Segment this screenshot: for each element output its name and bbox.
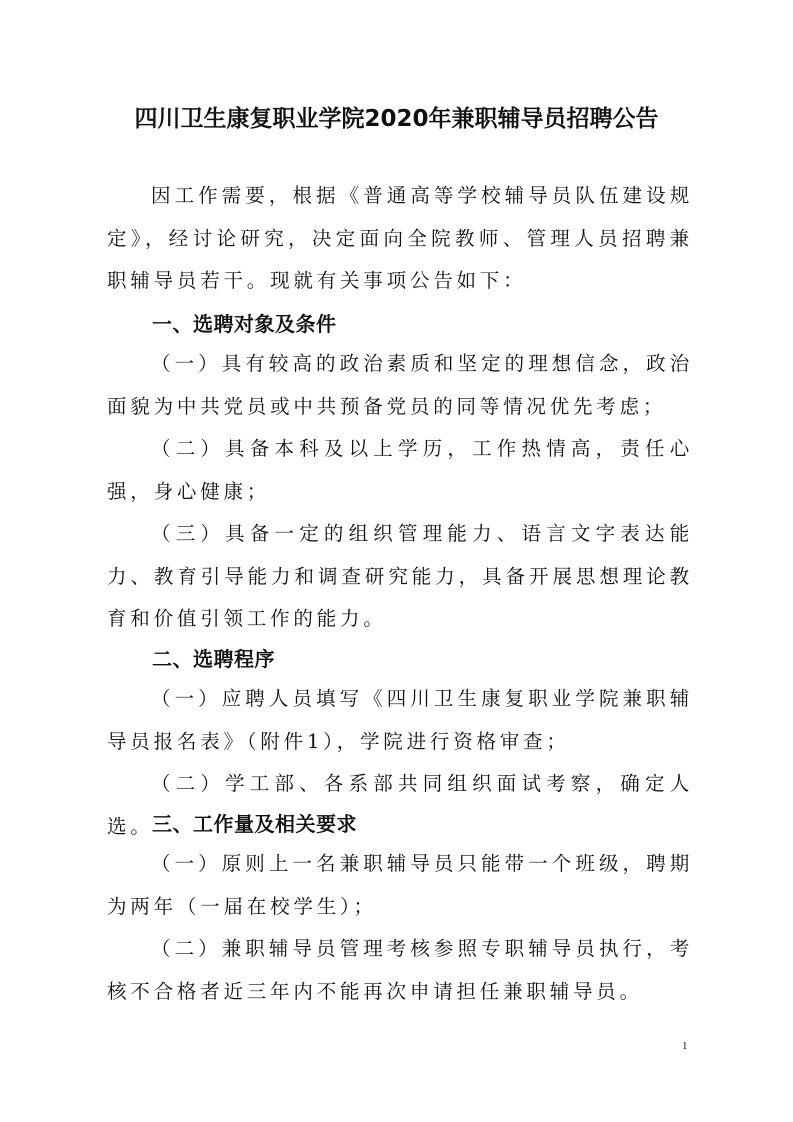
section-1-item-2: （二）具备本科及以上学历，工作热情高，责任心强，身心健康； — [107, 428, 693, 513]
section-heading-3: 三、工作量及相关要求 — [152, 803, 357, 845]
section-1-item-1: （一）具有较高的政治素质和坚定的理想信念，政治面貌为中共党员或中共预备党员的同等… — [107, 343, 693, 428]
section-3-item-2: （二）兼职辅导员管理考核参照专职辅导员执行，考核不合格者近三年内不能再次申请担任… — [107, 928, 693, 1013]
section-1-item-3: （三）具备一定的组织管理能力、语言文字表达能力、教育引导能力和调查研究能力，具备… — [107, 513, 693, 641]
section-3-item-1: （一）原则上一名兼职辅导员只能带一个班级，聘期为两年（一届在校学生）； — [107, 843, 693, 928]
section-heading-1: 一、选聘对象及条件 — [152, 303, 337, 345]
section-heading-2: 二、选聘程序 — [152, 638, 275, 680]
document-title: 四川卫生康复职业学院2020年兼职辅导员招聘公告 — [0, 100, 793, 133]
page-number: 1 — [682, 1040, 688, 1052]
intro-paragraph: 因工作需要，根据《普通高等学校辅导员队伍建设规定》，经讨论研究，决定面向全院教师… — [107, 175, 693, 303]
section-2-item-1: （一）应聘人员填写《四川卫生康复职业学院兼职辅导员报名表》（附件1），学院进行资… — [107, 678, 693, 763]
